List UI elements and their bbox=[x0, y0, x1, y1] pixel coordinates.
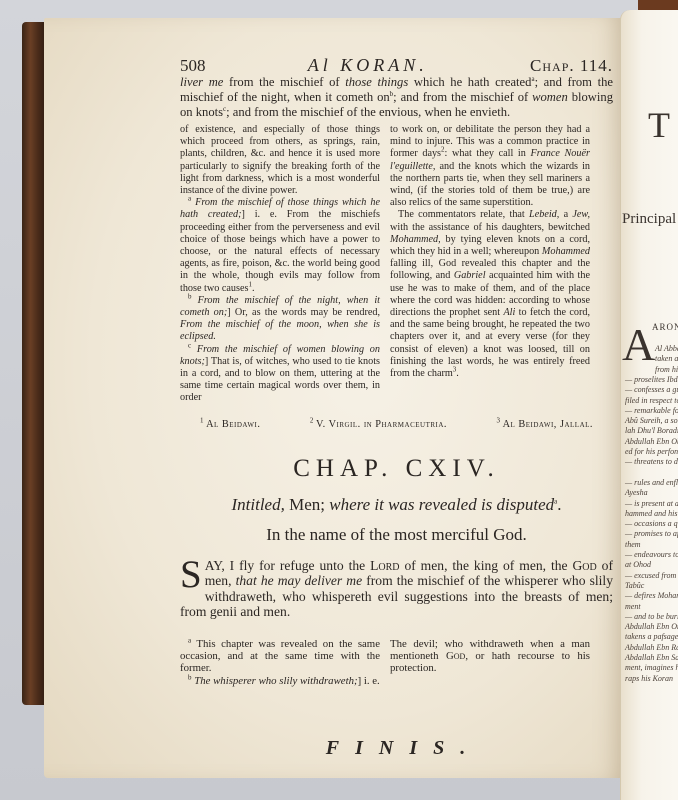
index-entry: taken a... bbox=[655, 354, 678, 364]
chapter-notes-left: a This chapter was revealed on the same … bbox=[180, 638, 380, 688]
index-entry: — promises to affi bbox=[625, 529, 678, 539]
reference-text: Al Beidawi, Jallal. bbox=[503, 419, 593, 430]
index-entry: Abdallah Ebn Saad, bbox=[625, 653, 678, 663]
left-page-content: 508 Al KORAN. Chap. 114. liver me from t… bbox=[180, 55, 613, 760]
index-entry: Abû Sureih, a son o bbox=[625, 416, 678, 426]
note-commentators: The commentators relate, that Lebeid, a … bbox=[390, 209, 590, 380]
notes-column-right: to work on, or debilitate the person the… bbox=[390, 124, 590, 405]
note-text: This chapter was revealed on the same oc… bbox=[180, 638, 380, 675]
index-entry: them bbox=[625, 540, 641, 550]
reference-2: 2 V. Virgil. in Pharmaceutria. bbox=[310, 419, 447, 430]
body-smallcaps: God bbox=[572, 558, 596, 573]
index-entry: hammed and his adve bbox=[625, 509, 678, 519]
reference-marker: 1 bbox=[200, 416, 204, 424]
note-text: with the assistance of his daughters, be… bbox=[390, 222, 590, 233]
reference-footnotes: 1 Al Beidawi. 2 V. Virgil. in Pharmaceut… bbox=[180, 419, 613, 430]
index-entry: Abdullah Ebn Omm Me bbox=[625, 622, 678, 632]
note-marker: b bbox=[188, 673, 192, 681]
note-continuation: The devil; who withdraweth when a man me… bbox=[390, 638, 590, 675]
index-entry: ment bbox=[625, 602, 641, 612]
verse-italic: women bbox=[532, 90, 568, 104]
subtitle-italic: Intitled, bbox=[231, 495, 284, 514]
chapter-heading: CHAP. CXIV. bbox=[180, 455, 613, 483]
note-text: ] Or, as the words may be rendred, bbox=[227, 307, 380, 318]
right-page-drop-cap: A bbox=[622, 325, 655, 365]
right-page-first-word: ARON, bbox=[652, 322, 678, 332]
invocation: In the name of the most merciful God. bbox=[180, 525, 613, 545]
reference-text: Al Beidawi. bbox=[206, 419, 260, 430]
note-marker: b bbox=[188, 292, 192, 300]
subtitle-text: . bbox=[557, 495, 561, 514]
subtitle-italic: where it was revealed is disputed bbox=[329, 495, 554, 514]
index-entry: ed for his perfon an bbox=[625, 447, 678, 457]
index-entry: — is present at an bbox=[625, 499, 678, 509]
verse-text: from the mischief of bbox=[223, 75, 345, 89]
index-entry: — defires Mohammed bbox=[625, 591, 678, 601]
drop-cap: S bbox=[180, 560, 202, 590]
note-italic: Jew, bbox=[572, 209, 590, 220]
note-b: b From the mischief of the night, when i… bbox=[180, 295, 380, 344]
running-title: Al KORAN. bbox=[308, 55, 428, 76]
note-c: c From the mischief of women blowing on … bbox=[180, 344, 380, 405]
chapter-notes-right: The devil; who withdraweth when a man me… bbox=[390, 638, 590, 688]
commentary-notes: of existence, and especially of those th… bbox=[180, 124, 613, 405]
body-smallcaps: Lord bbox=[370, 558, 399, 573]
note-marker: a bbox=[188, 195, 191, 203]
verse-italic: liver me bbox=[180, 75, 223, 89]
index-entry: takens a pafsage of bbox=[625, 632, 678, 642]
reference-text: V. Virgil. in Pharmaceutria. bbox=[316, 419, 447, 430]
running-chapter: Chap. 114. bbox=[530, 56, 613, 76]
book-binding-edge bbox=[22, 22, 46, 705]
note-a: a This chapter was revealed on the same … bbox=[180, 638, 380, 675]
note-text: a bbox=[559, 209, 572, 220]
finis-colophon: FINIS. bbox=[180, 737, 613, 760]
chapter-body: SAY, I fly for refuge unto the Lord of m… bbox=[180, 558, 613, 620]
index-entry: raps his Koran bbox=[625, 674, 673, 684]
index-entry: — and to be buried in bbox=[625, 612, 678, 622]
index-entry: ment, imagines hi bbox=[625, 663, 678, 673]
note-italic: Mohammed, bbox=[390, 234, 441, 245]
book-cover-edge bbox=[638, 0, 678, 10]
right-page-heading: Principal bbox=[622, 211, 676, 228]
chapter-notes: a This chapter was revealed on the same … bbox=[180, 638, 613, 688]
index-entry: — remarkable for h bbox=[625, 406, 678, 416]
note-italic: Lebeid, bbox=[529, 209, 559, 220]
note-text: : what they call in bbox=[445, 148, 531, 159]
index-entry: Abdullah Ebn Obba S bbox=[625, 437, 678, 447]
index-entry: — endeavours to h bbox=[625, 550, 678, 560]
index-entry: filed in respect to bbox=[625, 396, 678, 406]
index-entry: Ayesha bbox=[625, 488, 648, 498]
reference-3: 3 Al Beidawi, Jallal. bbox=[496, 419, 593, 430]
index-entry: — occasions a quarre bbox=[625, 519, 678, 529]
note-text: . bbox=[456, 368, 459, 379]
reference-marker: 2 bbox=[310, 416, 314, 424]
index-entry: Al Abbâ... bbox=[655, 344, 678, 354]
note-italic: Gabriel bbox=[454, 270, 486, 281]
right-page-title-letter: T bbox=[648, 104, 670, 146]
verse-continuation: liver me from the mischief of those thin… bbox=[180, 75, 613, 120]
note-marker: c bbox=[188, 341, 191, 349]
notes-column-left: of existence, and especially of those th… bbox=[180, 124, 380, 405]
index-entry: — proselites Ibdâm bbox=[625, 375, 678, 385]
index-entry: Abdullah Ebn Rawâha, bbox=[625, 643, 678, 653]
note-italic: Ali bbox=[503, 307, 515, 318]
index-entry: from hi... bbox=[655, 365, 678, 375]
index-entry: — excused from goi bbox=[625, 571, 678, 581]
reference-marker: 1 bbox=[248, 280, 252, 288]
verse-text: ; and from the mischief of the envious, … bbox=[226, 105, 510, 119]
note-text: The commentators relate, that bbox=[398, 209, 529, 220]
verse-text: which he hath created bbox=[408, 75, 531, 89]
note-text: ] i. e. bbox=[358, 675, 380, 687]
note-italic: Mohammed bbox=[542, 246, 590, 257]
running-head: 508 Al KORAN. Chap. 114. bbox=[180, 55, 613, 75]
page-number: 508 bbox=[180, 56, 206, 76]
chapter-subtitle: Intitled, Men; where it was revealed is … bbox=[180, 495, 613, 515]
verse-italic: those things bbox=[345, 75, 408, 89]
index-entry: — confesses a guilt bbox=[625, 385, 678, 395]
index-entry: Tabûc bbox=[625, 581, 644, 591]
reference-1: 1 Al Beidawi. bbox=[200, 419, 260, 430]
note-paragraph: of existence, and especially of those th… bbox=[180, 124, 380, 197]
body-text: of men, the king of men, the bbox=[400, 558, 573, 573]
verse-text: ; and from the mischief of bbox=[393, 90, 532, 104]
note-smallcaps: God bbox=[446, 650, 465, 662]
subtitle-text: Men; bbox=[285, 495, 329, 514]
note-a: a From the mischief of those things whic… bbox=[180, 197, 380, 295]
index-entry: — threatens to drive bbox=[625, 457, 678, 467]
body-italic: that he may deliver me bbox=[236, 573, 363, 588]
note-text: ] That is, of witches, who used to tie k… bbox=[180, 356, 380, 404]
index-entry: — rules and enflam bbox=[625, 478, 678, 488]
note-lemma: The whisperer who slily withdraweth; bbox=[194, 675, 357, 687]
body-text: AY, I fly for refuge unto the bbox=[205, 558, 370, 573]
note-text: ] i. e. From the mischiefs proceeding ei… bbox=[180, 209, 380, 293]
note-continuation: to work on, or debilitate the person the… bbox=[390, 124, 590, 209]
note-b: b The whisperer who slily withdraweth;] … bbox=[180, 675, 380, 687]
index-entry: at Ohod bbox=[625, 560, 651, 570]
note-italic: From the mischief of the moon, when she … bbox=[180, 319, 380, 342]
reference-marker: 3 bbox=[496, 416, 500, 424]
index-entry: lah Dhu'l Boradin bbox=[625, 426, 678, 436]
